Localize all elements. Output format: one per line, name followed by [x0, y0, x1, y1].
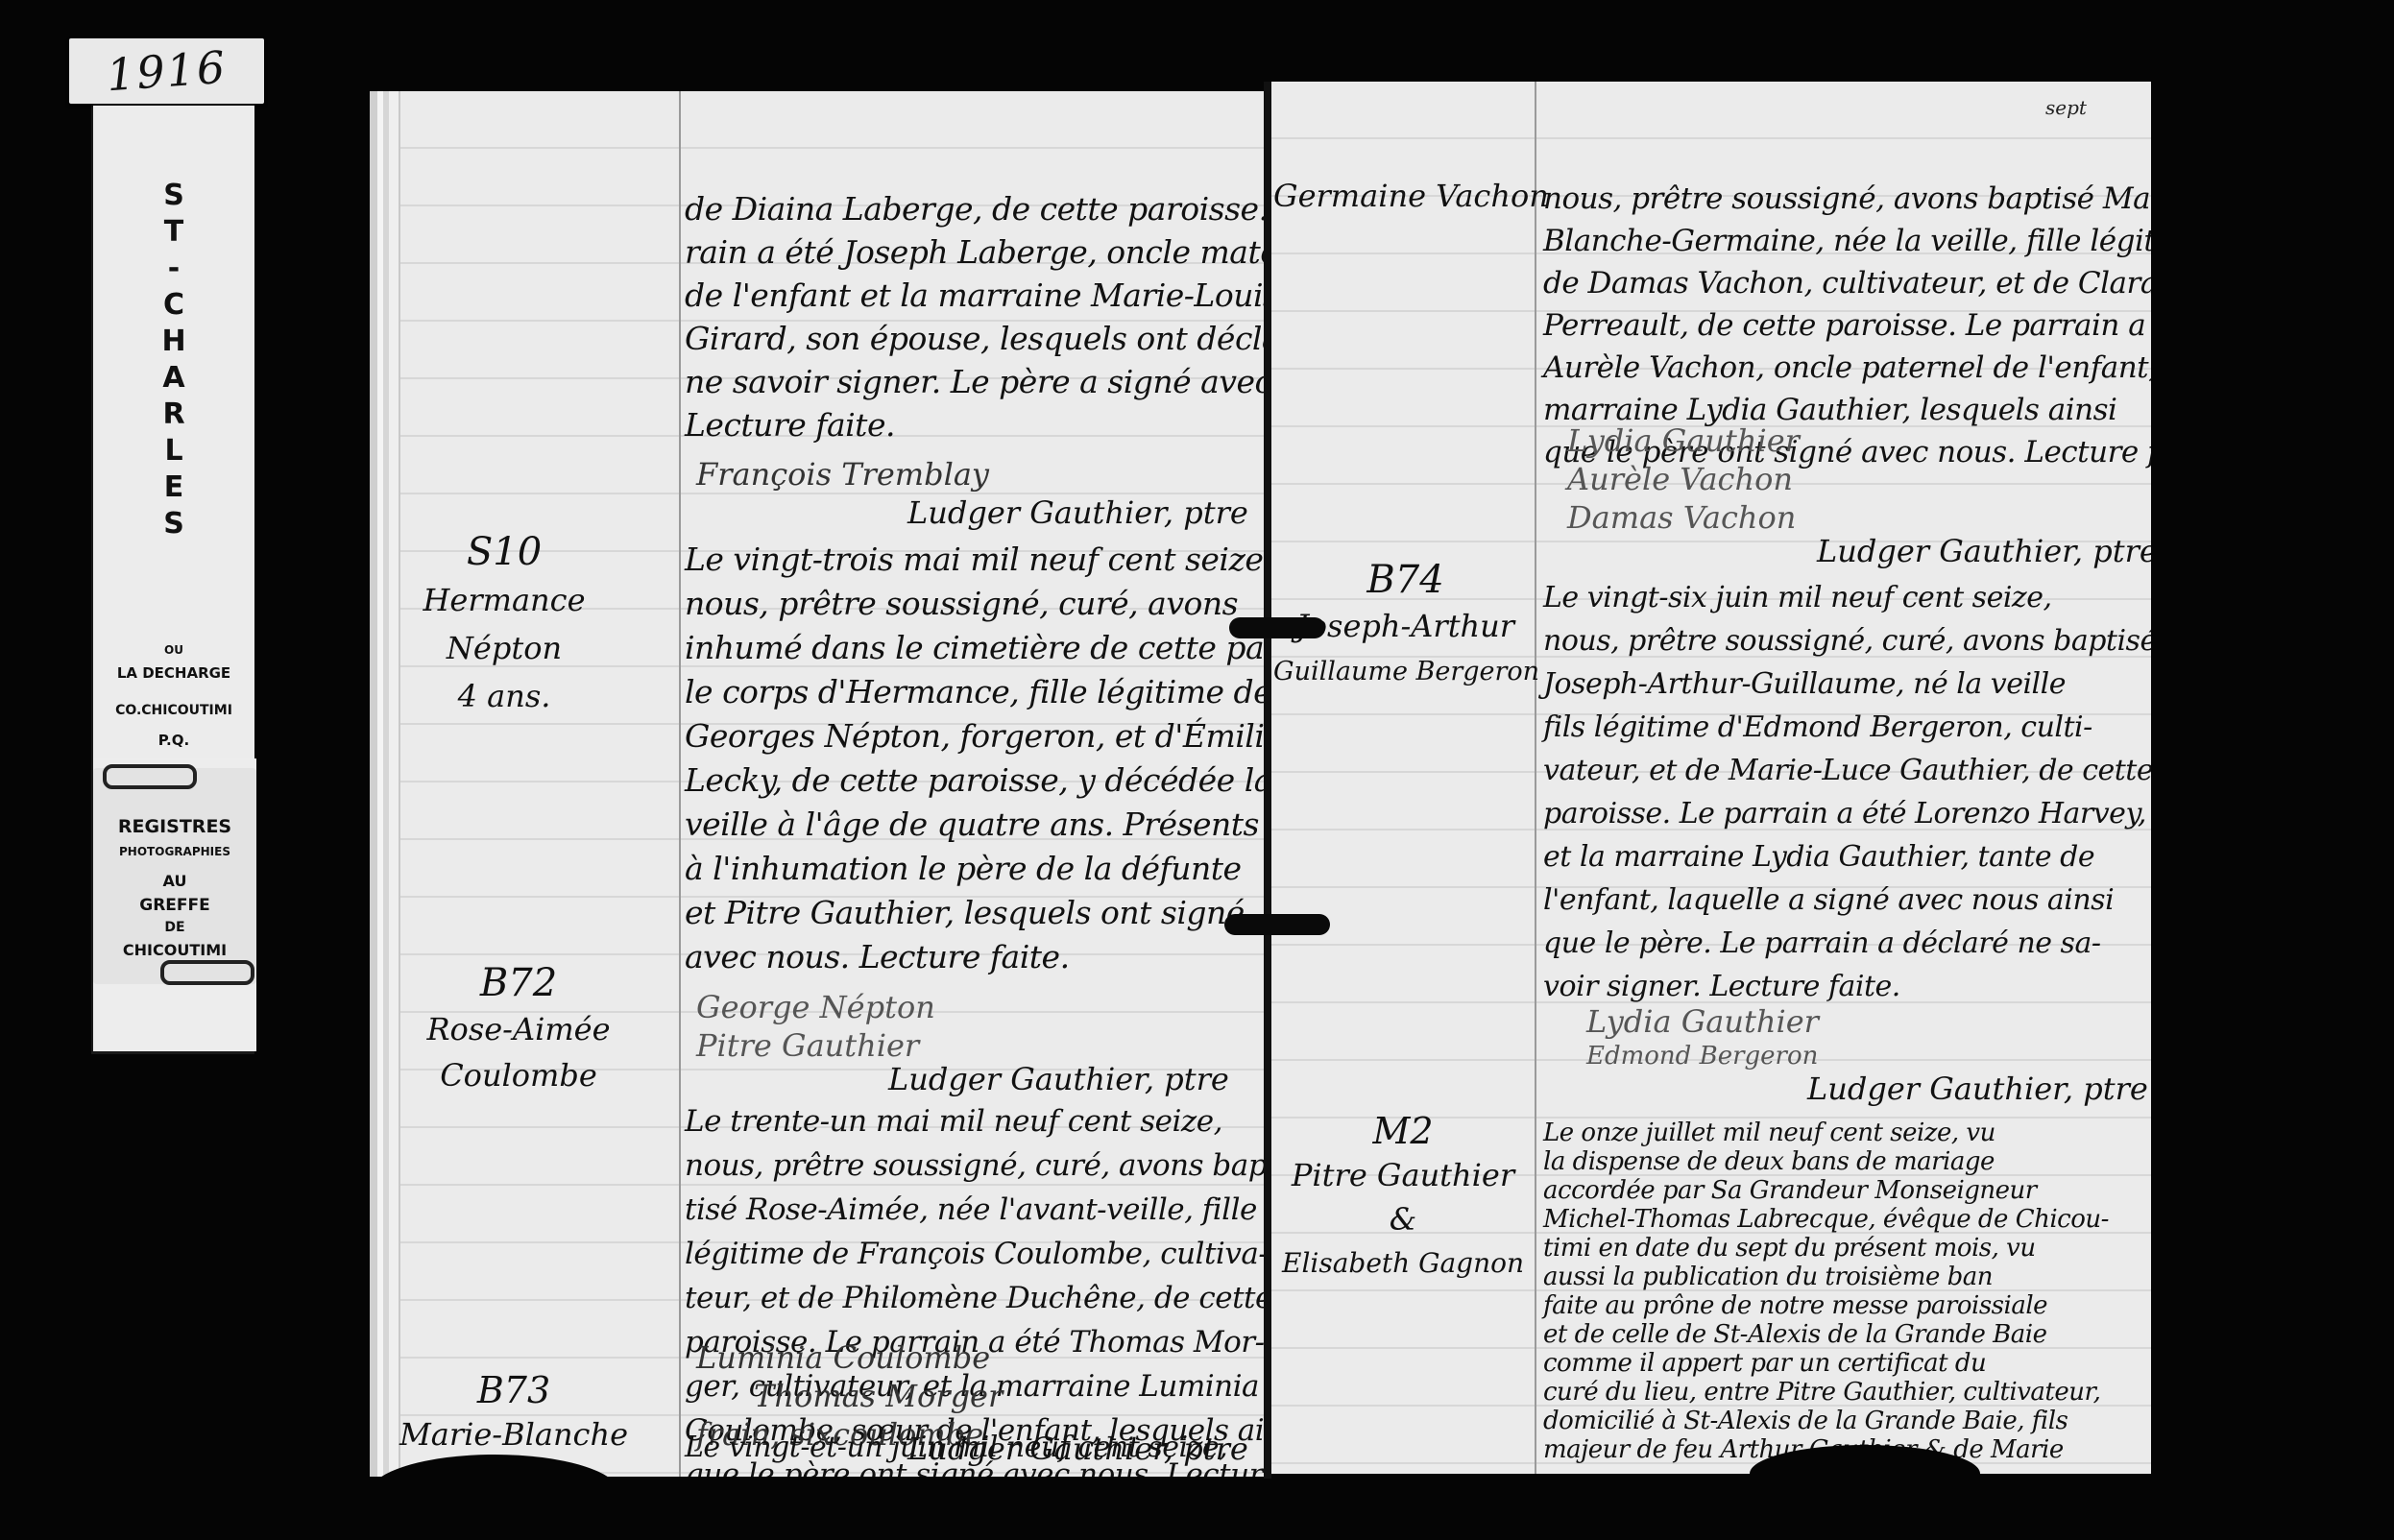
text-line: inhumé dans le cimetière de cette parois…: [685, 626, 1268, 670]
text-line: Perreault, de cette paroisse. Le parrain…: [1543, 304, 2151, 347]
text-line: aussi la publication du troisième ban: [1543, 1263, 2109, 1291]
text-line: nous, prêtre soussigné, curé, avons bap-: [685, 1143, 1268, 1188]
paper-clip-icon: [103, 764, 197, 789]
letter: R: [93, 397, 254, 433]
entry-body-s10: Le vingt-trois mai mil neuf cent seize, …: [685, 538, 1268, 979]
margin-age: 4 ans.: [389, 672, 619, 720]
entry-margin-m2: M2 Pitre Gauthier & Elisabeth Gagnon: [1273, 1109, 1533, 1286]
margin-amp: &: [1273, 1197, 1533, 1241]
signature: George Népton: [696, 989, 935, 1025]
year-tag: 1916: [69, 38, 264, 104]
card-line: PHOTOGRAPHIES: [93, 845, 256, 858]
ou-label: OU: [93, 643, 254, 657]
text-line: Le vingt-trois mai mil neuf cent seize,: [685, 538, 1268, 582]
text-line: tisé Rose-Aimée, née l'avant-veille, fil…: [685, 1188, 1268, 1232]
text-line: voir signer. Lecture faite.: [1543, 965, 2151, 1008]
text-line: accordée par Sa Grandeur Monseigneur: [1543, 1176, 2109, 1205]
text-line: nous, prêtre soussigné, curé, avons bapt…: [1543, 619, 2151, 662]
province-label: P.Q.: [93, 732, 254, 749]
card-line: DE: [93, 920, 256, 935]
text-line: de Diaina Laberge, de cette paroisse. Le…: [685, 187, 1268, 230]
signature: Edmond Bergeron: [1586, 1042, 1818, 1071]
text-line: de l'enfant et la marraine Marie-Louise: [685, 274, 1268, 317]
entry-code: B72: [408, 960, 629, 1006]
text-line: Joseph-Arthur-Guillaume, né la veille: [1543, 662, 2151, 706]
binding-clip-icon: [1229, 617, 1325, 638]
entry-body-b73: Le vingt-et-un juin mil neuf cent seize,: [685, 1431, 1227, 1464]
entry-margin-b73: B73 Marie-Blanche: [389, 1368, 639, 1456]
text-line: teur, et de Philomène Duchêne, de cette: [685, 1276, 1268, 1320]
card-line: CHICOUTIMI: [93, 941, 256, 959]
text-line: timi en date du sept du présent mois, vu: [1543, 1234, 2109, 1263]
text-line: de Damas Vachon, cultivateur, et de Clar…: [1543, 262, 2151, 304]
text-line: domicilié à St-Alexis de la Grande Baie,…: [1543, 1407, 2109, 1435]
margin-rule: [679, 91, 681, 1477]
book-gutter: [1264, 82, 1271, 1479]
year-label: 1916: [105, 41, 229, 102]
signature: Aurèle Vachon: [1567, 461, 1793, 497]
left-page: de Diaina Laberge, de cette paroisse. Le…: [370, 91, 1268, 1477]
text-line: à l'inhumation le père de la défunte: [685, 847, 1268, 891]
margin-rule: [1535, 82, 1536, 1474]
text-line: Le vingt-six juin mil neuf cent seize,: [1543, 576, 2151, 619]
text-line: Le onze juillet mil neuf cent seize, vu: [1543, 1119, 2109, 1147]
card-line: GREFFE: [93, 896, 256, 915]
letter: E: [93, 469, 254, 506]
entry-code: B74: [1273, 557, 1537, 603]
card-line: AU: [93, 872, 256, 890]
letter: -: [93, 251, 254, 287]
margin-name: Marie-Blanche: [389, 1412, 639, 1456]
text-line: Lecky, de cette paroisse, y décédée la: [685, 758, 1268, 803]
margin-name: Pitre Gauthier: [1273, 1153, 1533, 1197]
priest-signature: Ludger Gauthier, ptre: [907, 494, 1248, 531]
text-line: fils légitime d'Edmond Bergeron, culti-: [1543, 706, 2151, 749]
signature: Lydia Gauthier: [1567, 422, 1800, 459]
letter: H: [93, 324, 254, 360]
margin-name: Germaine Vachon: [1273, 178, 1533, 214]
archive-label: REGISTRES PHOTOGRAPHIES AU GREFFE DE CHI…: [93, 758, 256, 1051]
text-line: et la marraine Lydia Gauthier, tante de: [1543, 835, 2151, 878]
text-line: Le vingt-et-un juin mil neuf cent seize,: [685, 1431, 1227, 1464]
text-line: Girard, son épouse, lesquels ont déclaré: [685, 317, 1268, 360]
letter: A: [93, 360, 254, 397]
letter: T: [93, 214, 254, 251]
entry-body-b74: Le vingt-six juin mil neuf cent seize, n…: [1543, 576, 2151, 1008]
text-line: le corps d'Hermance, fille légitime de: [685, 670, 1268, 714]
text-line: nous, prêtre soussigné, avons baptisé Ma…: [1543, 178, 2151, 220]
text-line: veille à l'âge de quatre ans. Présents: [685, 803, 1268, 847]
margin-name: Elisabeth Gagnon: [1273, 1241, 1533, 1286]
alt-name-label: LA DECHARGE: [93, 664, 254, 682]
card-line: REGISTRES: [93, 816, 256, 837]
text-line: paroisse. Le parrain a été Lorenzo Harve…: [1543, 792, 2151, 835]
priest-signature: Ludger Gauthier, ptre: [1807, 1071, 2148, 1107]
margin-name: Coulombe: [408, 1052, 629, 1098]
signature: Lydia Gauthier: [1586, 1003, 1819, 1040]
text-line: rain a été Joseph Laberge, oncle materne…: [685, 230, 1268, 274]
text-line: comme il appert par un certificat du: [1543, 1349, 2109, 1378]
text-line: l'enfant, laquelle a signé avec nous ain…: [1543, 878, 2151, 922]
margin-name: Hermance: [389, 576, 619, 624]
text-line: que le père. Le parrain a déclaré ne sa-: [1543, 922, 2151, 965]
text-line: ne savoir signer. Le père a signé avec n…: [685, 360, 1268, 403]
entry-margin-germaine: Germaine Vachon: [1273, 178, 1533, 214]
text-line: avec nous. Lecture faite.: [685, 935, 1268, 979]
text-line: Lecture faite.: [685, 403, 1268, 446]
text-line: légitime de François Coulombe, cultiva-: [685, 1232, 1268, 1276]
text-line: Georges Népton, forgeron, et d'Émilie: [685, 714, 1268, 758]
priest-signature: Ludger Gauthier, ptre: [888, 1061, 1229, 1097]
folio-note: sept: [2045, 96, 2087, 119]
text-line: nous, prêtre soussigné, curé, avons: [685, 582, 1268, 626]
priest-signature: Ludger Gauthier, ptre: [1817, 533, 2151, 569]
letter: S: [93, 506, 254, 542]
parish-name-vertical: S T - C H A R L E S: [93, 178, 254, 542]
parish-label: S T - C H A R L E S OU LA DECHARGE CO.CH…: [93, 106, 254, 758]
margin-name: Népton: [389, 624, 619, 672]
paper-clip-icon: [160, 960, 254, 985]
text-line: Blanche-Germaine, née la veille, fille l…: [1543, 220, 2151, 262]
entry-body-m2: Le onze juillet mil neuf cent seize, vu …: [1543, 1119, 2109, 1464]
entry-code: B73: [389, 1368, 639, 1412]
signature: Thomas Morger: [754, 1378, 1003, 1414]
margin-name: Rose-Aimée: [408, 1006, 629, 1052]
text-line: faite au prône de notre messe paroissial…: [1543, 1291, 2109, 1320]
entry-margin-s10: S10 Hermance Népton 4 ans.: [389, 528, 619, 720]
text-line: vateur, et de Marie-Luce Gauthier, de ce…: [1543, 749, 2151, 792]
archive-card: REGISTRES PHOTOGRAPHIES AU GREFFE DE CHI…: [93, 768, 256, 984]
signature: François Tremblay: [696, 456, 989, 493]
entry-continuation: de Diaina Laberge, de cette paroisse. Le…: [685, 187, 1268, 446]
signature: Pitre Gauthier: [696, 1027, 919, 1064]
binding-clip-icon: [1224, 914, 1330, 935]
signature: Luminia Coulombe: [696, 1339, 990, 1376]
letter: C: [93, 287, 254, 324]
text-line: et Pitre Gauthier, lesquels ont signé: [685, 891, 1268, 935]
text-line: Le trente-un mai mil neuf cent seize,: [685, 1099, 1268, 1143]
text-line: Aurèle Vachon, oncle paternel de l'enfan…: [1543, 347, 2151, 389]
letter: S: [93, 178, 254, 214]
text-line: et de celle de St-Alexis de la Grande Ba…: [1543, 1320, 2109, 1349]
entry-margin-b72: B72 Rose-Aimée Coulombe: [408, 960, 629, 1098]
signature: Damas Vachon: [1567, 499, 1796, 536]
text-line: curé du lieu, entre Pitre Gauthier, cult…: [1543, 1378, 2109, 1407]
entry-code: M2: [1273, 1109, 1533, 1153]
county-label: CO.CHICOUTIMI: [93, 703, 254, 718]
text-line: la dispense de deux bans de mariage: [1543, 1147, 2109, 1176]
margin-name: Guillaume Bergeron: [1273, 649, 1537, 695]
text-line: Michel-Thomas Labrecque, évêque de Chico…: [1543, 1205, 2109, 1234]
letter: L: [93, 433, 254, 469]
right-page: sept Germaine Vachon nous, prêtre soussi…: [1270, 82, 2151, 1474]
page-stack-edge: [370, 91, 406, 1477]
entry-code: S10: [389, 528, 619, 576]
